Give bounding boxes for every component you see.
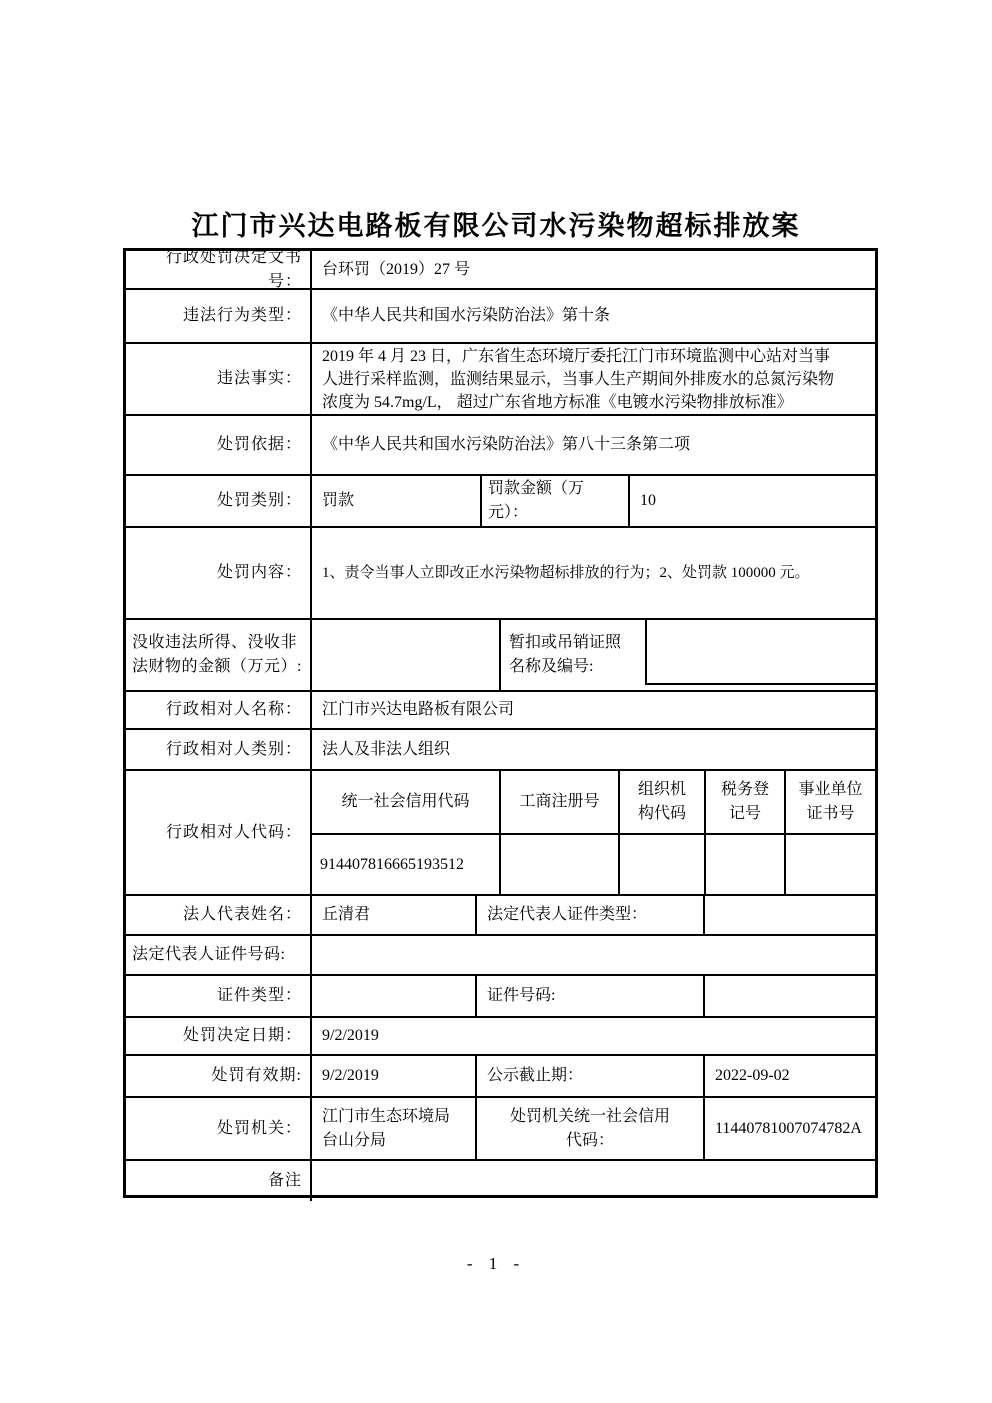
code-header-institution: 事业单位 证书号: [786, 771, 875, 833]
code-header-org: 组织机 构代码: [620, 771, 706, 833]
row-legal-rep: 法人代表姓名： 丘清君 法定代表人证件类型：: [126, 896, 875, 936]
violation-fact-value: 2019 年 4 月 23 日，广东省生态环境厅委托江门市环境监测中心站对当事 …: [312, 344, 875, 414]
decision-date-label: 处罚决定日期：: [126, 1018, 312, 1054]
cert-type-value: [312, 976, 477, 1016]
cert-no-value: [705, 976, 875, 1016]
code-value-tax: [706, 835, 786, 894]
code-value-org: [620, 835, 706, 894]
penalty-table: 行政处罚决定文书号： 台环罚（2019）27 号 违法行为类型： 《中华人民共和…: [123, 248, 878, 1198]
code-header-business-reg: 工商注册号: [501, 771, 620, 833]
authority-value: 江门市生态环境局 台山分局: [312, 1098, 477, 1159]
authority-code-label: 处罚机关统一社会信用 代码：: [477, 1098, 705, 1159]
party-codes-header-row: 统一社会信用代码 工商注册号 组织机 构代码 税务登 记号 事业单位 证书号: [312, 771, 875, 835]
violation-fact-label: 违法事实：: [126, 344, 312, 414]
cert-type-label: 证件类型：: [126, 976, 312, 1016]
publicity-deadline-value: 2022-09-02: [705, 1056, 875, 1096]
publicity-deadline-label: 公示截止期：: [477, 1056, 705, 1096]
row-authority: 处罚机关： 江门市生态环境局 台山分局 处罚机关统一社会信用 代码： 11440…: [126, 1098, 875, 1161]
decision-date-value: 9/2/2019: [312, 1018, 875, 1054]
row-doc-no: 行政处罚决定文书号： 台环罚（2019）27 号: [126, 251, 875, 290]
legal-rep-cert-type-label: 法定代表人证件类型：: [477, 896, 705, 934]
code-header-tax: 税务登 记号: [706, 771, 786, 833]
legal-rep-label: 法人代表姓名：: [126, 896, 312, 934]
authority-label: 处罚机关：: [126, 1098, 312, 1159]
code-header-uscc: 统一社会信用代码: [312, 771, 501, 833]
document-page: 江门市兴达电路板有限公司水污染物超标排放案 行政处罚决定文书号： 台环罚（201…: [0, 0, 992, 1403]
row-cert: 证件类型： 证件号码:: [126, 976, 875, 1018]
row-party-codes: 行政相对人代码： 统一社会信用代码 工商注册号 组织机 构代码 税务登 记号 事…: [126, 771, 875, 896]
doc-no-value: 台环罚（2019）27 号: [312, 251, 875, 288]
party-codes-grid: 统一社会信用代码 工商注册号 组织机 构代码 税务登 记号 事业单位 证书号 9…: [312, 771, 875, 894]
party-name-label: 行政相对人名称：: [126, 692, 312, 728]
page-number: - 1 -: [0, 1254, 992, 1274]
license-value-box: [645, 620, 875, 685]
penalty-content-value: 1、责令当事人立即改正水污染物超标排放的行为；2、处罚款 100000 元。: [312, 528, 875, 618]
row-confiscation: 没收违法所得、没收非 法财物的金额（万元）: 暂扣或吊销证照 名称及编号:: [126, 620, 875, 692]
cert-no-label: 证件号码:: [477, 976, 705, 1016]
party-type-label: 行政相对人类别：: [126, 730, 312, 769]
penalty-category-label: 处罚类别：: [126, 476, 312, 526]
row-violation-type: 违法行为类型： 《中华人民共和国水污染防治法》第十条: [126, 290, 875, 344]
violation-type-value: 《中华人民共和国水污染防治法》第十条: [312, 290, 875, 342]
remarks-label: 备注: [126, 1161, 312, 1201]
doc-no-label: 行政处罚决定文书号：: [126, 251, 312, 288]
row-penalty-basis: 处罚依据： 《中华人民共和国水污染防治法》第八十三条第二项: [126, 416, 875, 476]
legal-rep-cert-no-label: 法定代表人证件号码:: [126, 936, 312, 974]
legal-rep-value: 丘清君: [312, 896, 477, 934]
license-label: 暂扣或吊销证照 名称及编号:: [501, 620, 645, 690]
party-name-value: 江门市兴达电路板有限公司: [312, 692, 875, 728]
code-value-business-reg: [501, 835, 620, 894]
row-remarks: 备注: [126, 1161, 875, 1201]
penalty-content-label: 处罚内容：: [126, 528, 312, 618]
validity-label: 处罚有效期:: [126, 1056, 312, 1096]
penalty-basis-value: 《中华人民共和国水污染防治法》第八十三条第二项: [312, 416, 875, 474]
authority-code-value: 11440781007074782A: [705, 1098, 875, 1159]
row-legal-rep-cert-no: 法定代表人证件号码:: [126, 936, 875, 976]
row-penalty-category: 处罚类别： 罚款 罚款金额（万元）： 10: [126, 476, 875, 528]
license-value-cell: [645, 620, 875, 690]
row-decision-date: 处罚决定日期： 9/2/2019: [126, 1018, 875, 1056]
party-codes-label: 行政相对人代码：: [126, 771, 312, 894]
row-violation-fact: 违法事实： 2019 年 4 月 23 日，广东省生态环境厅委托江门市环境监测中…: [126, 344, 875, 416]
code-value-uscc: 914407816665193512: [312, 835, 501, 894]
penalty-amount-label: 罚款金额（万元）：: [482, 476, 630, 526]
validity-value: 9/2/2019: [312, 1056, 477, 1096]
legal-rep-cert-type-value: [705, 896, 875, 934]
code-value-institution: [786, 835, 875, 894]
party-type-value: 法人及非法人组织: [312, 730, 875, 769]
row-party-name: 行政相对人名称： 江门市兴达电路板有限公司: [126, 692, 875, 730]
remarks-value: [312, 1161, 875, 1201]
party-codes-value-row: 914407816665193512: [312, 835, 875, 894]
confiscation-label: 没收违法所得、没收非 法财物的金额（万元）:: [126, 620, 312, 690]
penalty-amount-value: 10: [630, 476, 875, 526]
row-party-type: 行政相对人类别： 法人及非法人组织: [126, 730, 875, 771]
confiscation-value: [312, 620, 501, 690]
row-penalty-content: 处罚内容： 1、责令当事人立即改正水污染物超标排放的行为；2、处罚款 10000…: [126, 528, 875, 620]
row-validity: 处罚有效期: 9/2/2019 公示截止期： 2022-09-02: [126, 1056, 875, 1098]
penalty-basis-label: 处罚依据：: [126, 416, 312, 474]
penalty-category-value: 罚款: [312, 476, 482, 526]
page-title: 江门市兴达电路板有限公司水污染物超标排放案: [0, 204, 992, 243]
legal-rep-cert-no-value: [312, 936, 875, 974]
violation-type-label: 违法行为类型：: [126, 290, 312, 342]
